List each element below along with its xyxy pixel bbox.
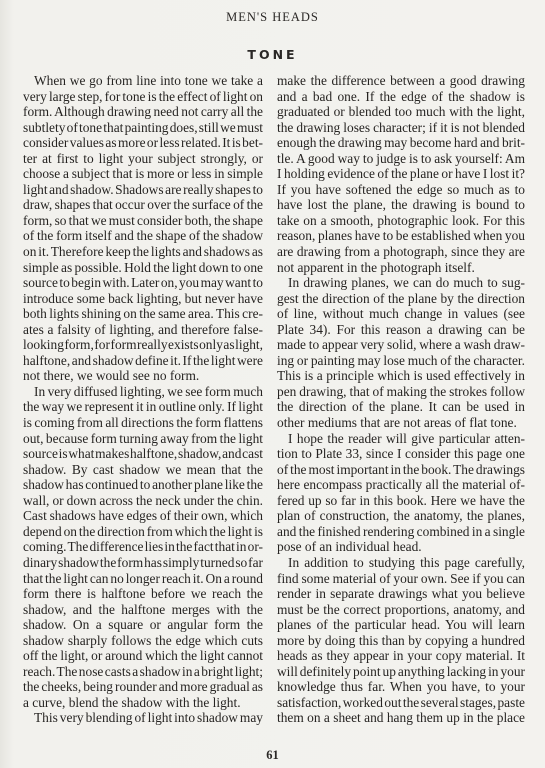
text-line: the direction of the plane. It can be us… — [277, 399, 525, 415]
text-line: will definitely point up anything lackin… — [277, 664, 525, 680]
text-line: I holding evidence of the plane or have … — [277, 166, 525, 182]
text-line: form there is halftone before we reach t… — [23, 586, 263, 602]
text-line: very large step, for tone is the effect … — [23, 89, 263, 105]
text-line: shadow. By cast shadow we mean that the — [23, 462, 263, 478]
text-line: find some material of your own. See if y… — [277, 571, 525, 587]
text-line: consider values as more or less related.… — [23, 135, 263, 151]
text-line: light and shadow. Shadows are really sha… — [23, 182, 263, 198]
text-line: them on a sheet and hang them up in the … — [277, 710, 525, 726]
text-line: heads as they appear in your copy materi… — [277, 648, 525, 664]
text-line: In drawing planes, we can do much to sug… — [277, 275, 525, 291]
text-line: the drawing loses character; if it is no… — [277, 120, 525, 136]
text-line: a curve, blend the shadow with the light… — [23, 695, 263, 711]
running-head: MEN'S HEADS — [0, 10, 545, 25]
right-text-column: make the difference between a good drawi… — [277, 73, 525, 726]
page-number: 61 — [0, 748, 545, 763]
text-line: made to appear very solid, where a wash … — [277, 337, 525, 353]
text-line: render in separate drawings what you bel… — [277, 586, 525, 602]
text-line: form, so that we must consider both, the… — [23, 213, 263, 229]
text-line: tion to Plate 33, since I consider this … — [277, 446, 525, 462]
left-text-column: When we go from line into tone we take a… — [23, 73, 263, 726]
text-line: not there, we would see no form. — [23, 368, 263, 384]
text-line: choose a subject that is more or less in… — [23, 166, 263, 182]
text-line: halftone, and shadow define it. If the l… — [23, 353, 263, 369]
text-line: shadow. On a square or angular form the — [23, 617, 263, 633]
text-line: on it. Therefore keep the lights and sha… — [23, 244, 263, 260]
text-line: pen drawing, that of making the strokes … — [277, 384, 525, 400]
text-line: take on a smooth, photographic look. For… — [277, 213, 525, 229]
text-line: have lost the plane, the drawing is boun… — [277, 197, 525, 213]
text-line: plan of construction, the anatomy, the p… — [277, 508, 525, 524]
text-line: simple as possible. Hold the light down … — [23, 260, 263, 276]
text-line: tle. A good way to judge is to ask yours… — [277, 151, 525, 167]
text-line: here encompass practically all the mater… — [277, 477, 525, 493]
text-line: In very diffused lighting, we see form m… — [23, 384, 263, 400]
text-line: of line, without much change in values (… — [277, 306, 525, 322]
text-line: Cast shadows have edges of their own, wh… — [23, 508, 263, 524]
text-line: draw, shapes that occur over the surface… — [23, 197, 263, 213]
text-line: that the light can no longer reach it. O… — [23, 571, 263, 587]
text-line: In addition to studying this page carefu… — [277, 555, 525, 571]
text-line: must be the correct proportions, anatomy… — [277, 602, 525, 618]
text-line: coming. The difference lies in the fact … — [23, 539, 263, 555]
text-line: ter at first to light your subject stron… — [23, 151, 263, 167]
text-line: out, because form turning away from the … — [23, 431, 263, 447]
text-line: both lights shining on the same area. Th… — [23, 306, 263, 322]
text-line: and the finished rendering combined in a… — [277, 524, 525, 540]
text-line: I hope the reader will give particular a… — [277, 431, 525, 447]
text-line: more by doing this than by copying a hun… — [277, 633, 525, 649]
text-line: subtlety of tone that painting does, sti… — [23, 120, 263, 136]
text-line: not apparent in the photograph itself. — [277, 260, 525, 276]
text-line: shadow, and the halftone merges with the — [23, 602, 263, 618]
text-line: off the light, or around which the light… — [23, 648, 263, 664]
text-line: When we go from line into tone we take a — [23, 73, 263, 89]
section-title: TONE — [0, 47, 545, 62]
text-line: make the difference between a good drawi… — [277, 73, 525, 89]
text-line: depend on the direction from which the l… — [23, 524, 263, 540]
text-line: shadow sharply follows the edge which cu… — [23, 633, 263, 649]
text-line: planes of the particular head. You will … — [277, 617, 525, 633]
text-line: form. Although drawing need not carry al… — [23, 104, 263, 120]
text-line: and a bad one. If the edge of the shadow… — [277, 89, 525, 105]
text-line: is coming from all directions the form f… — [23, 415, 263, 431]
text-line: knowledge thus far. When you have, to yo… — [277, 679, 525, 695]
text-line: source to begin with. Later on, you may … — [23, 275, 263, 291]
text-line: the cheeks, being rounder and more gradu… — [23, 679, 263, 695]
text-line: reach. The nose casts a shadow in a brig… — [23, 664, 263, 680]
book-page: MEN'S HEADS TONE When we go from line in… — [0, 0, 545, 768]
text-line: graduated or blended too much with the l… — [277, 104, 525, 120]
text-line: This very blending of light into shadow … — [23, 710, 263, 726]
text-line: dinary shadow the form has simply turned… — [23, 555, 263, 571]
text-line: source is what makes halftone, shadow, a… — [23, 446, 263, 462]
text-line: the way we represent it in outline only.… — [23, 399, 263, 415]
text-line: pose of an individual head. — [277, 539, 525, 555]
text-line: fered up so far in this book. Here we ha… — [277, 493, 525, 509]
text-line: shadow has continued to another plane li… — [23, 477, 263, 493]
text-line: other mediums that are not areas of flat… — [277, 415, 525, 431]
text-line: of the form itself and the shape of the … — [23, 228, 263, 244]
text-line: ing or painting may lose much of the cha… — [277, 353, 525, 369]
text-line: introduce some back lighting, but never … — [23, 291, 263, 307]
text-line: wall, or down across the neck under the … — [23, 493, 263, 509]
text-line: If you have softened the edge so much as… — [277, 182, 525, 198]
text-line: enough the drawing may become hard and b… — [277, 135, 525, 151]
text-line: Plate 34). For this reason a drawing can… — [277, 322, 525, 338]
text-line: This is a principle which is used effect… — [277, 368, 525, 384]
text-line: satisfaction, worked out the several sta… — [277, 695, 525, 711]
text-line: are drawing from a photograph, since the… — [277, 244, 525, 260]
text-line: gest the direction of the plane by the d… — [277, 291, 525, 307]
text-line: reason, planes have to be established wh… — [277, 228, 525, 244]
text-line: of the most important in the book. The d… — [277, 462, 525, 478]
text-line: ates a falsity of lighting, and therefor… — [23, 322, 263, 338]
text-line: looking form, for form really exists onl… — [23, 337, 263, 353]
